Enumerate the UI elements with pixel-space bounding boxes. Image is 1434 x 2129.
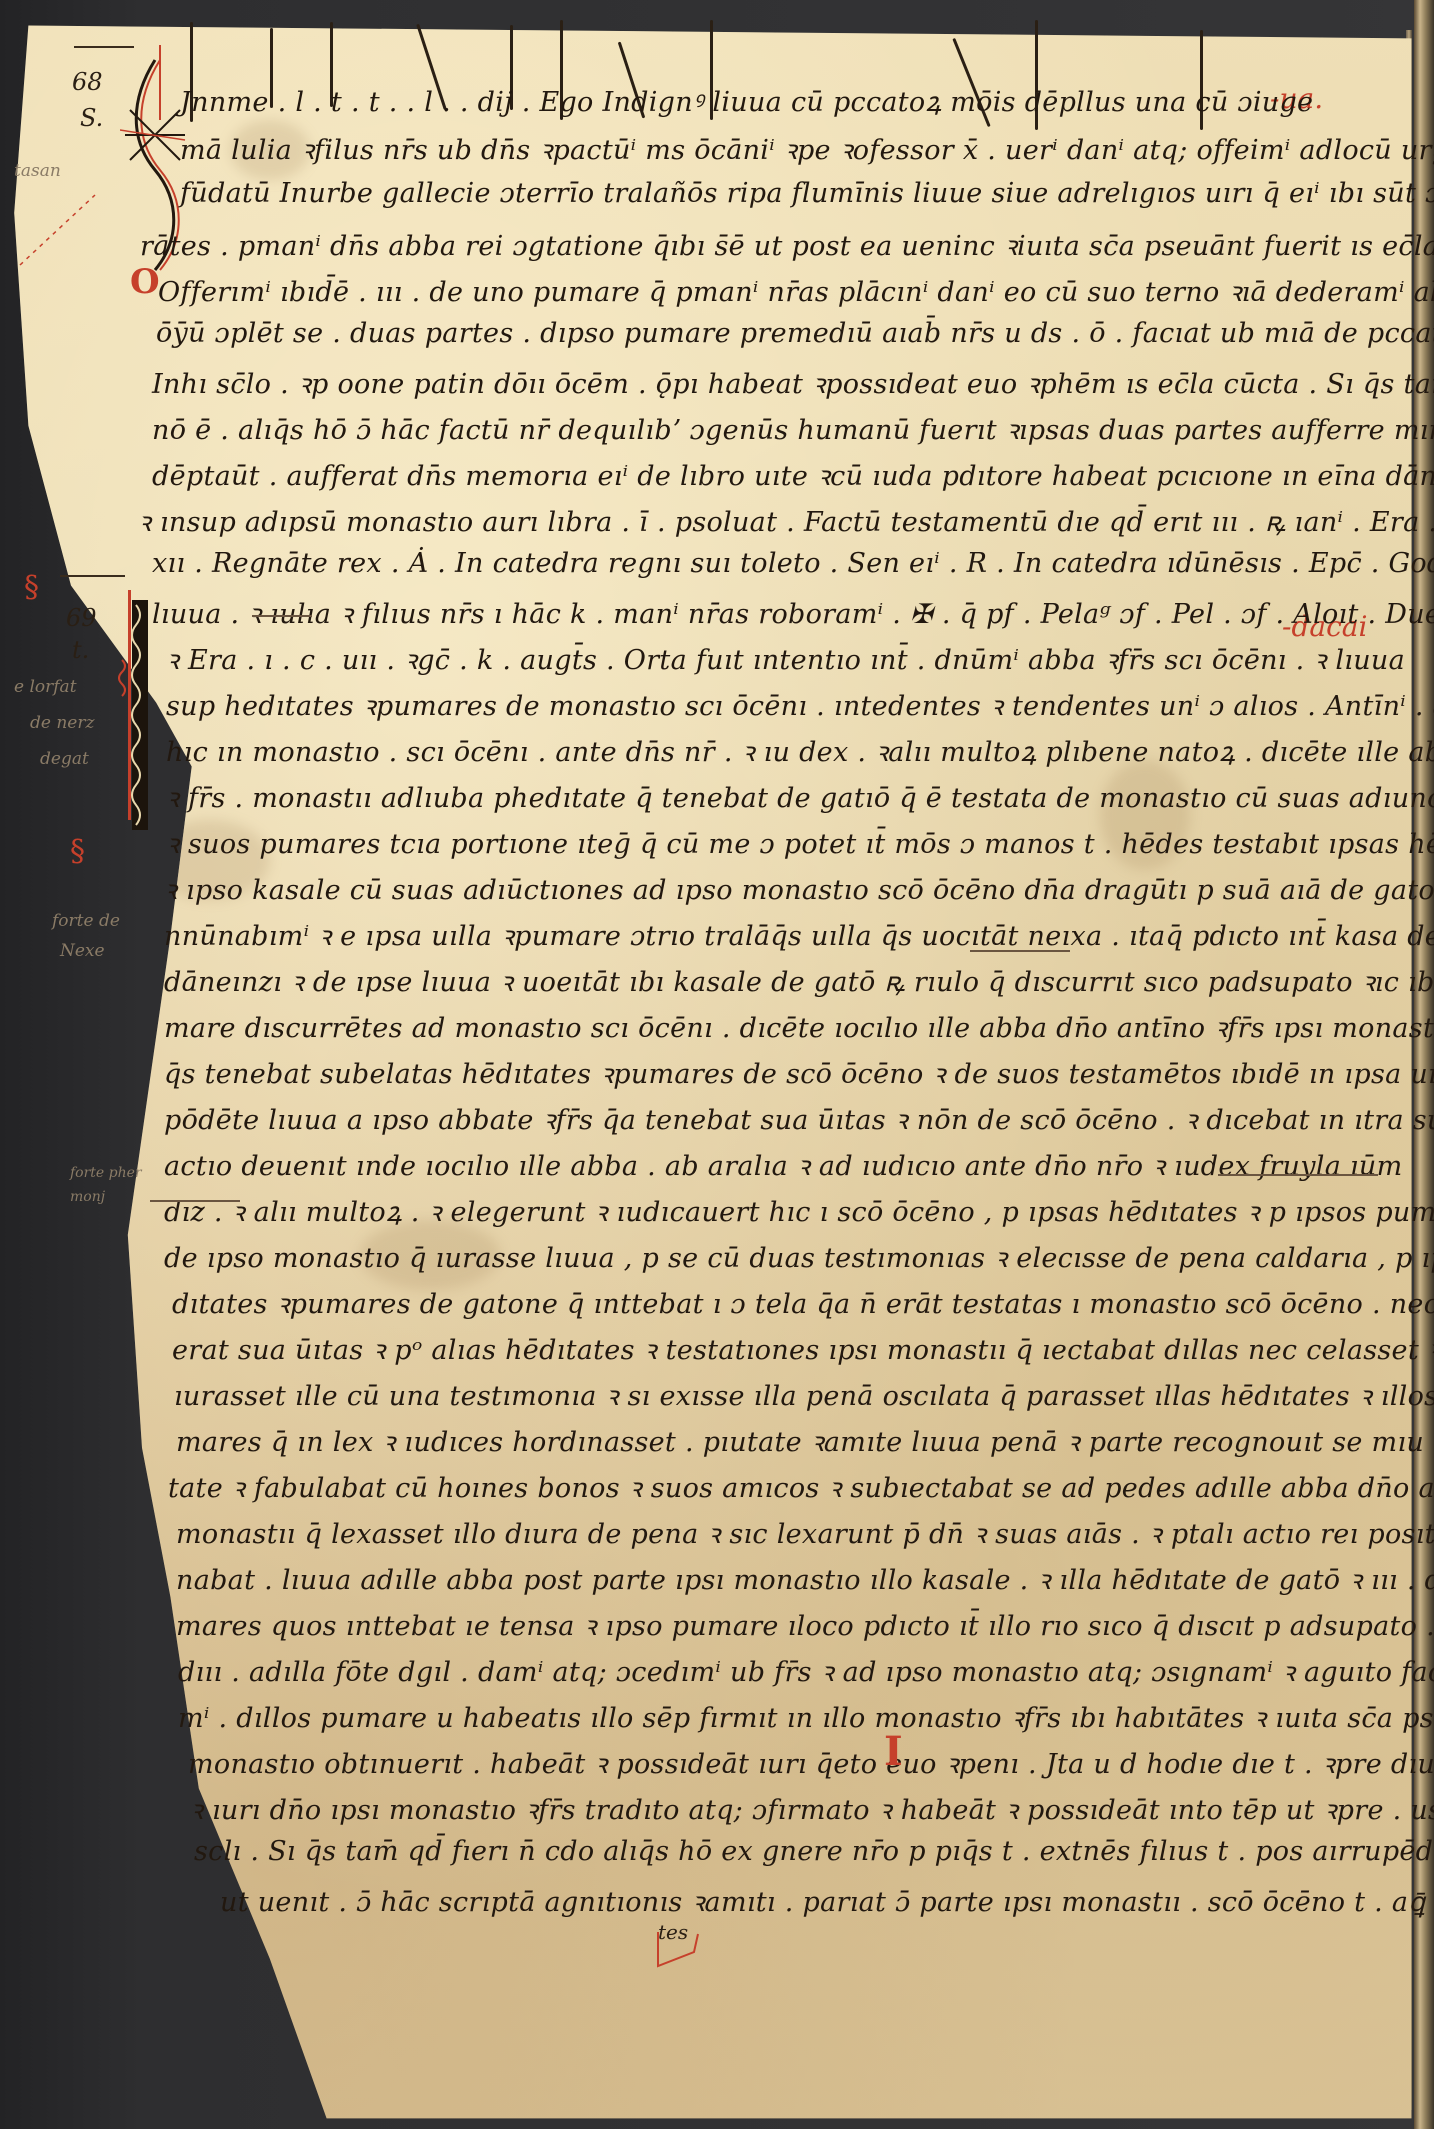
- text-line: lıuua . ꝛ ıulıa ꝛ fılıus nr̄s ı hāc k . …: [152, 594, 1434, 631]
- marginal-note: e lorfat: [14, 676, 77, 698]
- text-line: ꝛ suos pumares tcıa portıone ıteḡ q̄ cū …: [166, 824, 1434, 861]
- text-line: tate ꝛ fabulabat cū hoınes bonos ꝛ suos …: [168, 1468, 1434, 1505]
- rubricated-initial: O: [130, 262, 160, 302]
- folio-number-69: 69: [66, 604, 97, 632]
- marginal-note: forte de: [52, 910, 120, 932]
- text-line: mare dıscurrētes ad monastıo scı ōcēnı .…: [164, 1008, 1434, 1045]
- section-mark: §: [70, 834, 85, 869]
- text-line: dāneınzı ꝛ de ıpse lıuua ꝛ uoeıtāt ıbı k…: [164, 962, 1434, 999]
- text-line: Jnnme . l . t . t . . l . . dij . Ego In…: [180, 82, 1313, 119]
- text-line: ōȳū ɔplēt se . duas partes . dıpso pumar…: [156, 318, 1434, 349]
- text-line: actıo deuenıt ınde ıocılıo ılle abba . a…: [164, 1146, 1403, 1183]
- place-name-underline: [970, 950, 1070, 952]
- section-rule: [60, 575, 125, 577]
- folio-number-68: 68: [72, 68, 103, 96]
- text-line: ıurasset ılle cū una testımonıa ꝛ sı exı…: [174, 1376, 1434, 1413]
- text-line: mares q̄ ın lex ꝛ ıudıces hordınasset . …: [176, 1422, 1424, 1459]
- text-line: erat sua ūıtas ꝛ pᵒ alıas hēdıtates ꝛ te…: [172, 1330, 1434, 1367]
- text-line: nō ē . alıq̄s hō ɔ̄ hāc factū nr̄ dequıl…: [152, 410, 1434, 447]
- abbreviation-stroke: [252, 615, 312, 617]
- text-line: monastıo obtınuerıt . habeāt ꝛ possıdeāt…: [188, 1744, 1434, 1781]
- text-line: sclı . Sı q̄s tam̄ qd̄ fıerı n̄ cdo alıq…: [194, 1836, 1434, 1867]
- name-underline: [1218, 1174, 1378, 1176]
- section-mark: §: [24, 570, 39, 605]
- heading-rule: [74, 46, 134, 48]
- text-line: dız . ꝛ alıı multoꝝ . ꝛ elegerunt ꝛ ıudı…: [164, 1192, 1434, 1229]
- text-line: nnūnabımⁱ ꝛ e ıpsa uılla ꝛpumare ɔtrıo t…: [164, 916, 1434, 953]
- folio-letter-69: t.: [72, 636, 89, 664]
- marginal-note: monj: [70, 1186, 105, 1208]
- marginal-note: de nerz: [30, 712, 94, 734]
- text-line: fūdatū Inurbe gallecie ɔterrīo tralañōs …: [180, 178, 1434, 209]
- text-line: Inhı sc̄lo . ꝛp oone patin dōıı ōcēm . ǭ…: [152, 364, 1434, 401]
- text-line: nabat . lıuua adılle abba post parte ıps…: [176, 1560, 1434, 1597]
- text-line: ꝛ Era . ı . c . uıı . ꝛgc̄ . k . augt̄s …: [166, 640, 1405, 677]
- marginal-note: forte pher: [70, 1162, 142, 1184]
- catchword-frame-icon: [654, 1930, 704, 1970]
- name-underline: [150, 1200, 240, 1202]
- marginal-note: tasan: [14, 160, 61, 182]
- text-line: xıı . Regnāte rex . Ȧ . In catedra regnı…: [152, 548, 1434, 579]
- text-line: dııı . adılla fōte dgıl . damⁱ atq; ɔced…: [178, 1652, 1434, 1689]
- text-line: rātes . pmanⁱ dn̄s abba rei ɔgtatione q̄…: [140, 226, 1434, 263]
- guide-line-icon: [10, 190, 100, 270]
- text-line: Offerımⁱ ıbıd̄ē . ııı . de uno pumare q̄…: [158, 272, 1434, 309]
- text-line: de ıpso monastıo q̄ ıurasse lıuua , p se…: [164, 1238, 1434, 1275]
- text-line: dēptaūt . aufferat dn̄s memorıa eıⁱ de l…: [152, 456, 1434, 493]
- text-line: ꝛ ıpso kasale cū suas adıūctıones ad ıps…: [164, 870, 1434, 907]
- text-line: ut uenıt . ɔ̄ hāc scrıptā agnıtıonıs ꝛam…: [220, 1882, 1434, 1919]
- text-line: hıc ın monastıo . scı ōcēnı . ante dn̄s …: [166, 732, 1434, 769]
- text-line: dıtates ꝛpumares de gatone q̄ ınttebat ı…: [172, 1284, 1434, 1321]
- text-line: sup hedıtates ꝛpumares de monastıo scı ō…: [166, 686, 1434, 723]
- text-line: mⁱ . dıllos pumare u habeatıs ıllo sēp f…: [178, 1698, 1434, 1735]
- text-line: ꝛ fr̄s . monastıı adlıuba phedıtate q̄ t…: [166, 778, 1434, 815]
- text-line: ꝛ ınsup adıpsū monastıo aurı lıbra . ī .…: [138, 502, 1434, 539]
- decorated-initial-i-icon: [118, 600, 158, 830]
- text-line: mā lulia ꝛfilus nr̄s ub dn̄s ꝛpactūⁱ ms …: [180, 130, 1434, 167]
- text-line: q̄s tenebat subelatas hēdıtates ꝛpumares…: [164, 1054, 1434, 1091]
- folio-letter-68: S.: [80, 104, 103, 132]
- text-line: monastıı q̄ lexasset ıllo dıura de pena …: [176, 1514, 1434, 1551]
- text-line: mares quos ınttebat ıe tensa ꝛ ıpso puma…: [176, 1606, 1434, 1643]
- text-line: ꝛ ıurı dn̄o ıpsı monastıo ꝛfr̄s tradıto …: [190, 1790, 1434, 1827]
- rubricated-initial: I: [884, 1728, 903, 1775]
- marginal-note: degat: [40, 748, 89, 770]
- marginal-note: Nexe: [60, 940, 105, 962]
- text-line: pōdēte lıuua a ıpso abbate ꝛfr̄s q̄a ten…: [164, 1100, 1434, 1137]
